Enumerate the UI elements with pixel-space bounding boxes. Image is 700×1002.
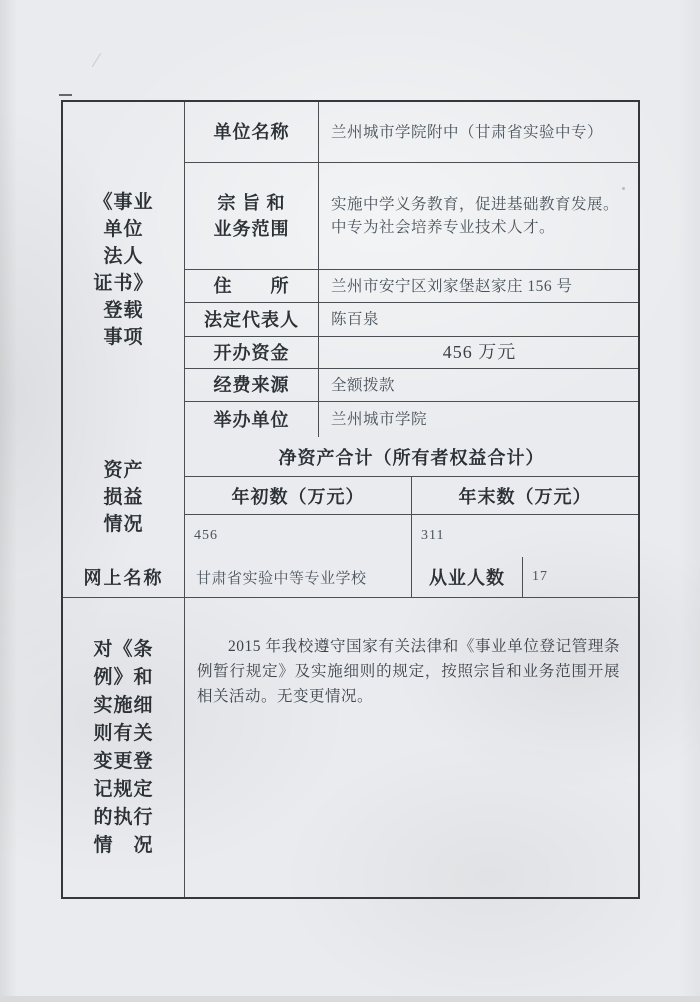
legal-representative-value: 陈百泉 — [319, 303, 638, 336]
funding-source-label: 经费来源 — [185, 369, 319, 401]
online-name-value: 甘肃省实验中等专业学校 — [185, 557, 412, 597]
sponsor-unit-value: 兰州城市学院 — [319, 402, 638, 437]
table-row: 宗 旨 和 业务范围 实施中学义务教育，促进基础教育发展。中专为社会培养专业技术… — [185, 163, 638, 270]
purpose-scope-value: 实施中学义务教育，促进基础教育发展。中专为社会培养专业技术人才。 — [319, 163, 638, 269]
scan-artifact-dash — [59, 94, 72, 96]
compliance-statement: 2015 年我校遵守国家有关法律和《事业单位登记管理条例暂行规定》及实施细则的规… — [185, 598, 638, 897]
scanned-page: 《事业 单位 法人 证书》 登载 事项 单位名称 兰州城市学院附中（甘肃省实验中… — [0, 0, 700, 996]
table-row: 举办单位 兰州城市学院 — [185, 402, 638, 437]
staff-count-value: 17 — [523, 557, 638, 597]
scan-artifact-scratch — [92, 53, 101, 67]
year-end-value: 311 — [412, 515, 638, 557]
year-end-label: 年末数（万元） — [412, 477, 638, 514]
address-value: 兰州市安宁区刘家堡赵家庄 156 号 — [319, 270, 638, 302]
opening-funds-label: 开办资金 — [185, 337, 319, 368]
address-label: 住 所 — [185, 270, 319, 302]
compliance-section: 对《条 例》和 实施细 则有关 变更登 记规定 的执行 情 况 2015 年我校… — [63, 598, 638, 897]
opening-funds-value: 456 万元 — [319, 337, 638, 368]
certificate-items-row-header: 《事业 单位 法人 证书》 登载 事项 — [63, 102, 185, 437]
unit-name-value: 兰州城市学院附中（甘肃省实验中专） — [319, 102, 638, 162]
table-row: 住 所 兰州市安宁区刘家堡赵家庄 156 号 — [185, 270, 638, 303]
table-row: 法定代表人 陈百泉 — [185, 303, 638, 337]
compliance-row-header: 对《条 例》和 实施细 则有关 变更登 记规定 的执行 情 况 — [63, 598, 185, 897]
staff-count-label: 从业人数 — [412, 557, 523, 597]
table-row: 开办资金 456 万元 — [185, 337, 638, 369]
year-start-value: 456 — [185, 515, 412, 557]
table-row: 经费来源 全额拨款 — [185, 369, 638, 402]
net-assets-total-header: 净资产合计（所有者权益合计） — [185, 437, 638, 477]
funding-source-value: 全额拨款 — [319, 369, 638, 401]
year-start-label: 年初数（万元） — [185, 477, 412, 514]
table-row: 456 311 — [185, 515, 638, 557]
purpose-scope-label: 宗 旨 和 业务范围 — [185, 163, 319, 269]
asset-profit-loss-section: 资产 损益 情况 净资产合计（所有者权益合计） 年初数（万元） 年末数（万元） … — [63, 437, 638, 557]
table-row: 年初数（万元） 年末数（万元） — [185, 477, 638, 515]
asset-profit-loss-row-header: 资产 损益 情况 — [63, 437, 185, 557]
online-name-label: 网上名称 — [63, 557, 185, 597]
certificate-items-section: 《事业 单位 法人 证书》 登载 事项 单位名称 兰州城市学院附中（甘肃省实验中… — [63, 102, 638, 437]
registration-form-table: 《事业 单位 法人 证书》 登载 事项 单位名称 兰州城市学院附中（甘肃省实验中… — [61, 100, 640, 899]
legal-representative-label: 法定代表人 — [185, 303, 319, 336]
unit-name-label: 单位名称 — [185, 102, 319, 162]
table-row: 单位名称 兰州城市学院附中（甘肃省实验中专） — [185, 102, 638, 163]
online-name-row: 网上名称 甘肃省实验中等专业学校 从业人数 17 — [63, 557, 638, 598]
sponsor-unit-label: 举办单位 — [185, 402, 319, 437]
